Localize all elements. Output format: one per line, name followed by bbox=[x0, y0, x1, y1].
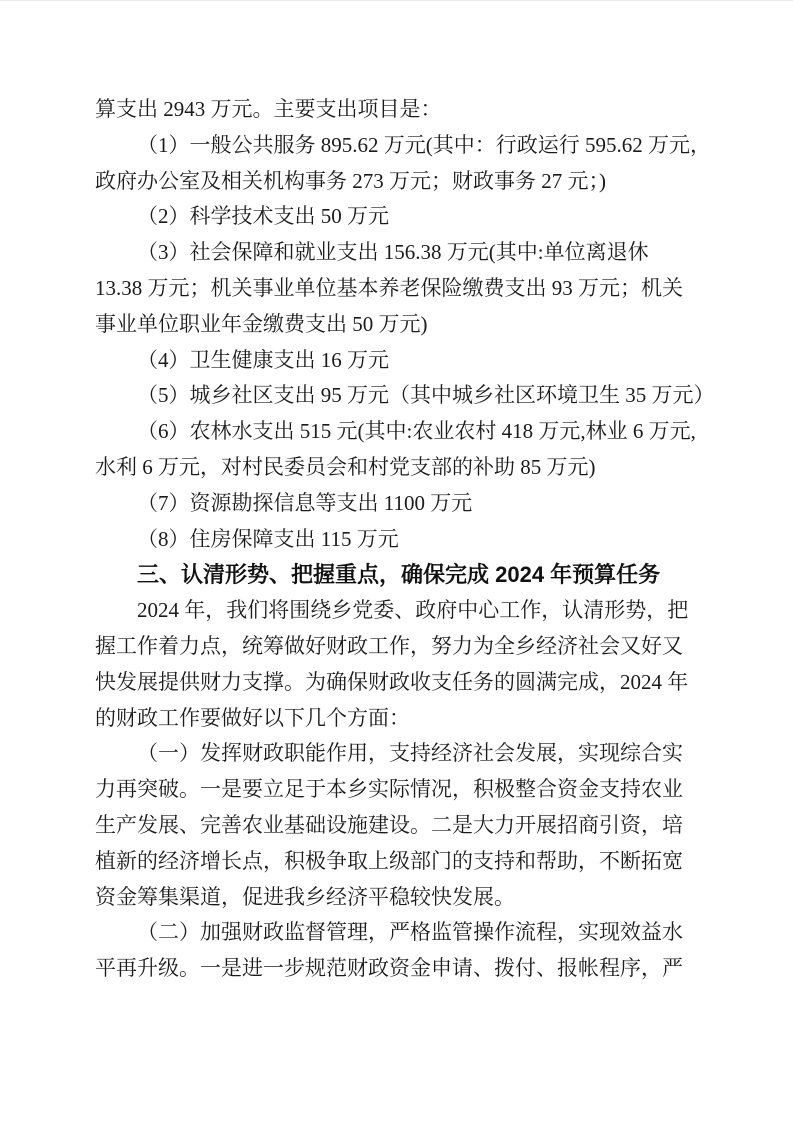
document-line: （6）农林水支出 515 元(其中:农业农村 418 万元,林业 6 万元, bbox=[95, 414, 707, 450]
document-line: 植新的经济增长点，积极争取上级部门的支持和帮助，不断拓宽 bbox=[95, 844, 707, 880]
document-line: 的财政工作要做好以下几个方面： bbox=[95, 701, 707, 737]
document-line: 2024 年，我们将围绕乡党委、政府中心工作，认清形势，把 bbox=[95, 593, 707, 629]
document-line: （4）卫生健康支出 16 万元 bbox=[95, 343, 707, 379]
document-line: （3）社会保障和就业支出 156.38 万元(其中:单位离退休 bbox=[95, 235, 707, 271]
document-line: 算支出 2943 万元。主要支出项目是： bbox=[95, 92, 707, 128]
document-line: 平再升级。一是进一步规范财政资金申请、拨付、报帐程序，严 bbox=[95, 951, 707, 987]
document-line: （一）发挥财政职能作用，支持经济社会发展，实现综合实 bbox=[95, 736, 707, 772]
document-line: 13.38 万元；机关事业单位基本养老保险缴费支出 93 万元；机关 bbox=[95, 271, 707, 307]
document-line: 握工作着力点，统筹做好财政工作，努力为全乡经济社会又好又 bbox=[95, 629, 707, 665]
section-heading: 三、认清形势、把握重点，确保完成 2024 年预算任务 bbox=[95, 557, 707, 593]
document-line: 水利 6 万元，对村民委员会和村党支部的补助 85 万元) bbox=[95, 450, 707, 486]
document-line: （5）城乡社区支出 95 万元（其中城乡社区环境卫生 35 万元） bbox=[95, 378, 707, 414]
document-line: 生产发展、完善农业基础设施建设。二是大力开展招商引资，培 bbox=[95, 808, 707, 844]
document-line: （7）资源勘探信息等支出 1100 万元 bbox=[95, 486, 707, 522]
document-page: 算支出 2943 万元。主要支出项目是： （1）一般公共服务 895.62 万元… bbox=[0, 0, 793, 1122]
document-line: 事业单位职业年金缴费支出 50 万元) bbox=[95, 307, 707, 343]
document-body-text: 算支出 2943 万元。主要支出项目是： （1）一般公共服务 895.62 万元… bbox=[95, 92, 707, 987]
document-line: （8）住房保障支出 115 万元 bbox=[95, 522, 707, 558]
document-line: （1）一般公共服务 895.62 万元(其中：行政运行 595.62 万元， bbox=[95, 128, 707, 164]
document-line: （二）加强财政监督管理，严格监管操作流程，实现效益水 bbox=[95, 915, 707, 951]
document-line: 力再突破。一是要立足于本乡实际情况，积极整合资金支持农业 bbox=[95, 772, 707, 808]
document-line: （2）科学技术支出 50 万元 bbox=[95, 199, 707, 235]
document-line: 政府办公室及相关机构事务 273 万元；财政事务 27 元；) bbox=[95, 164, 707, 200]
document-line: 资金筹集渠道，促进我乡经济平稳较快发展。 bbox=[95, 880, 707, 916]
document-line: 快发展提供财力支撑。为确保财政收支任务的圆满完成，2024 年 bbox=[95, 665, 707, 701]
